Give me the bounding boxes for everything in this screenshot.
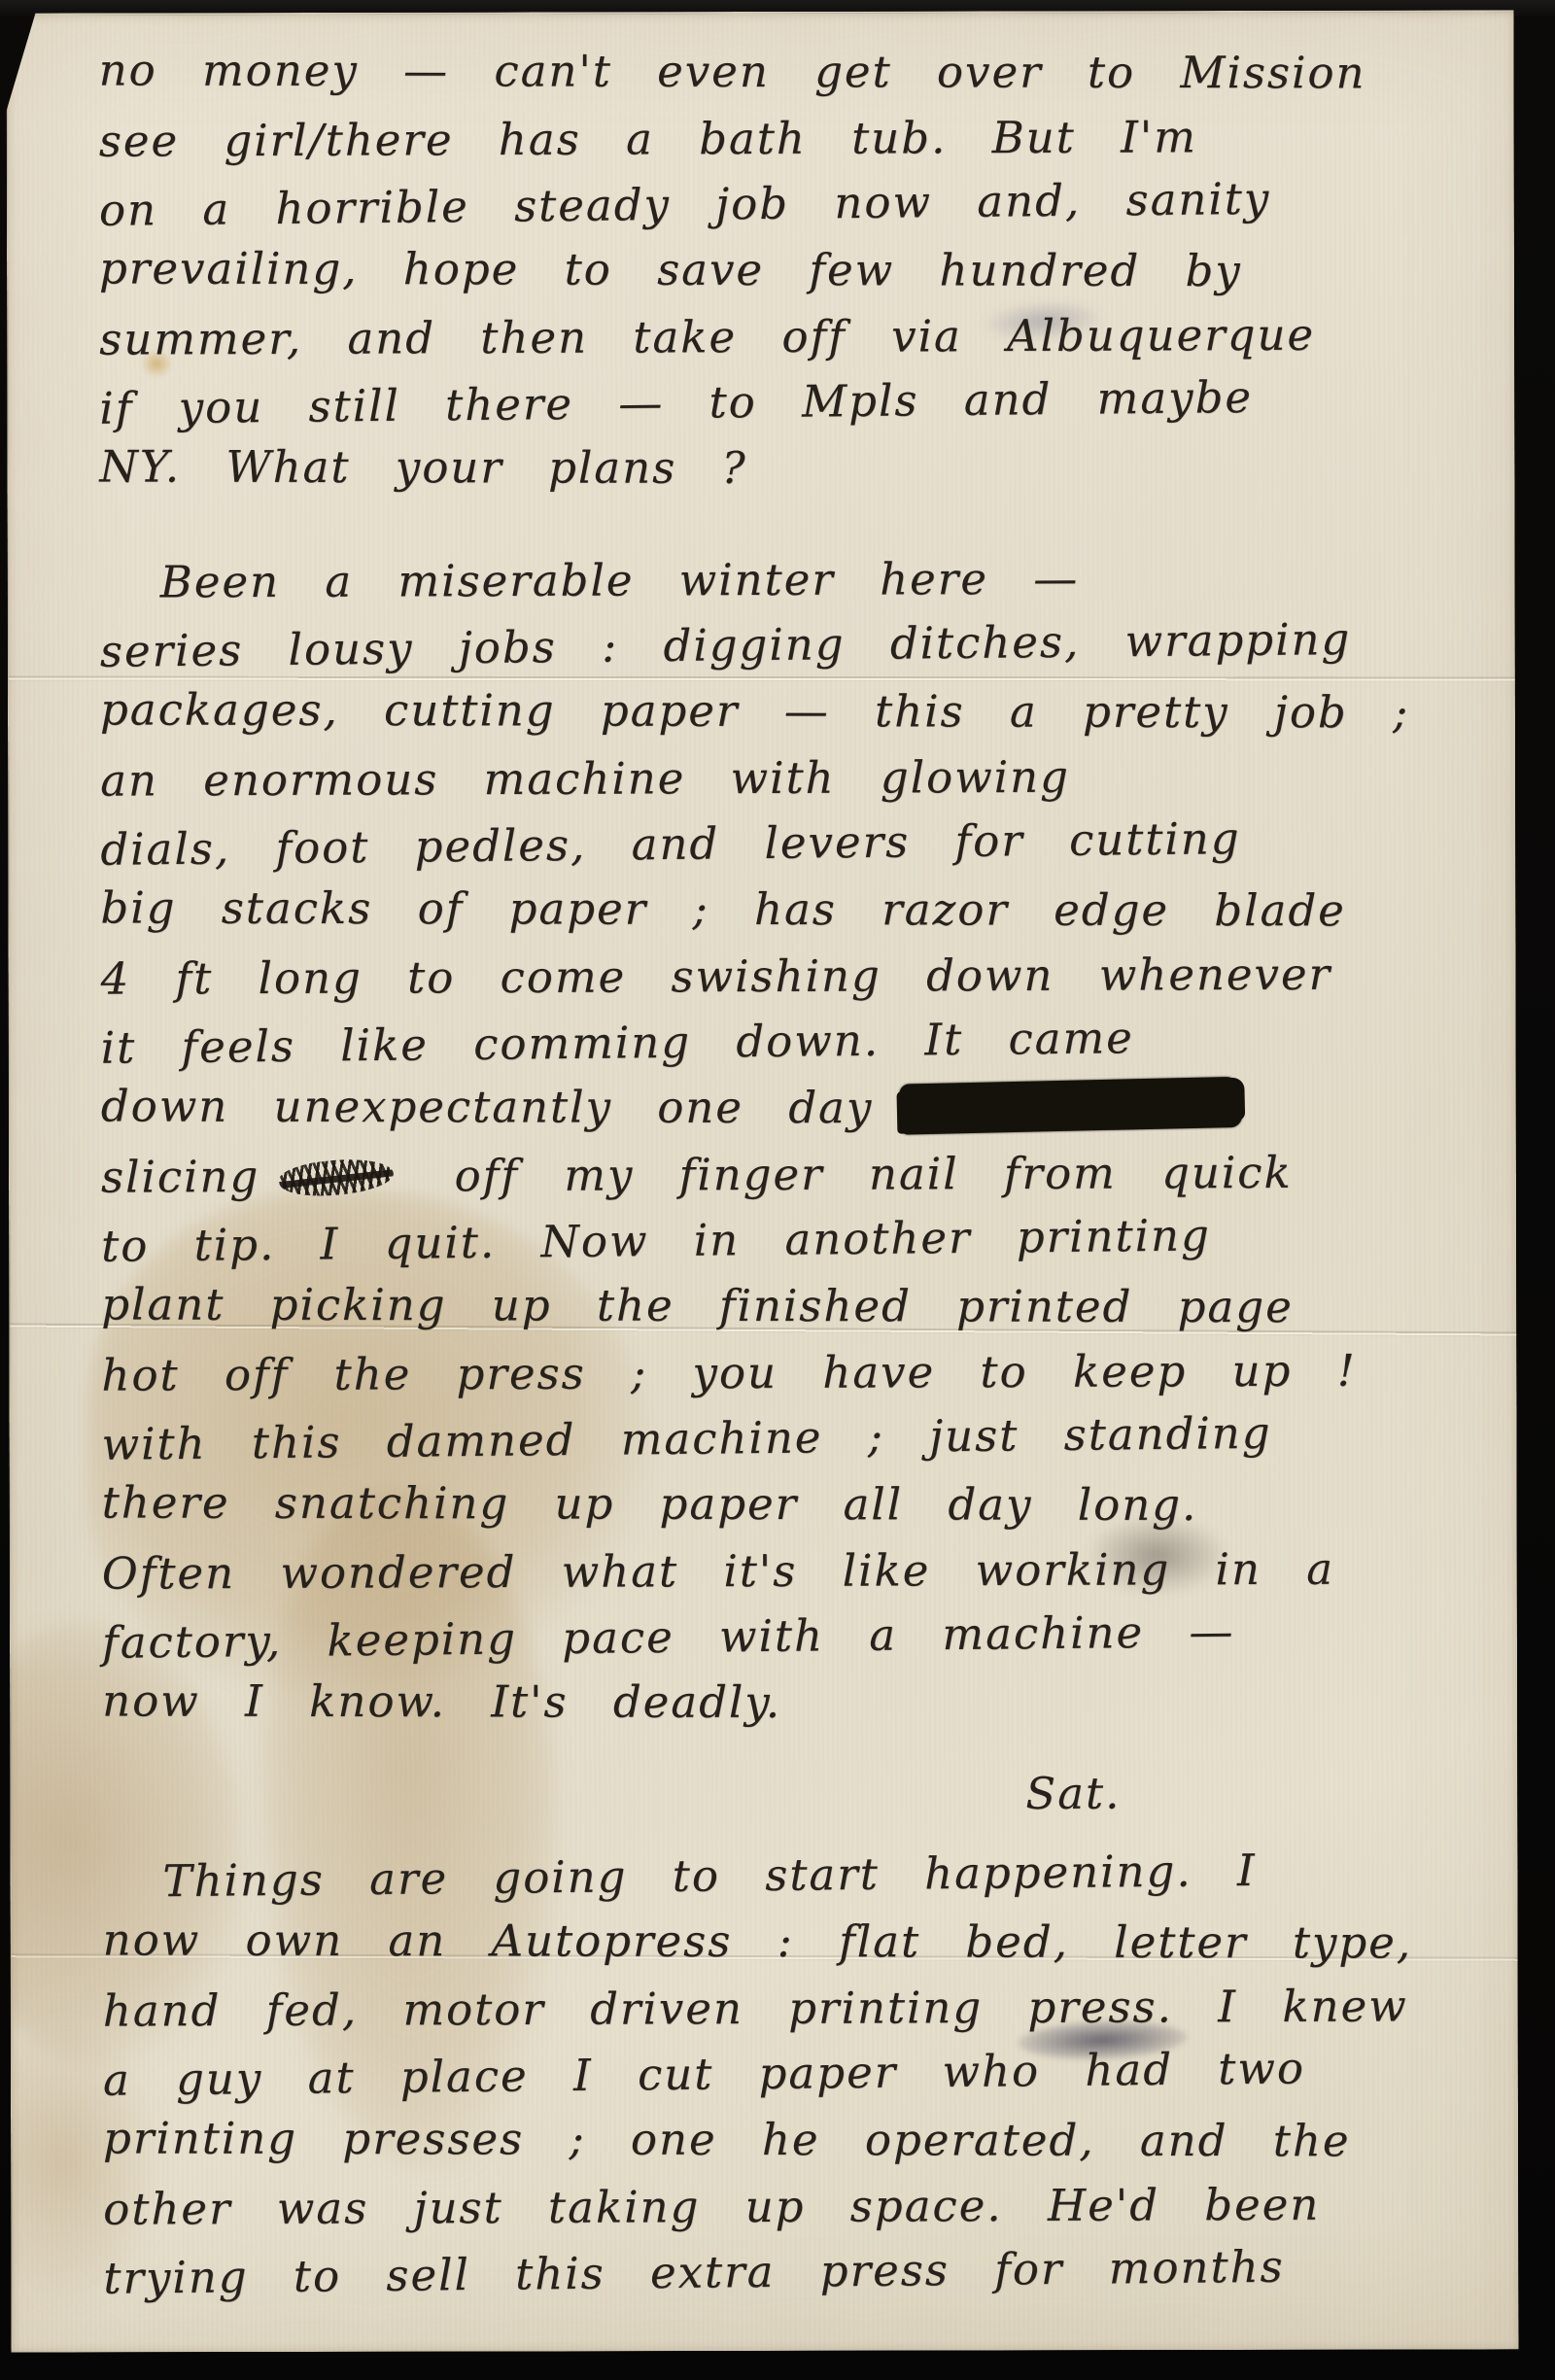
handwritten-text: to tip. I quit. Now in another printing [101,1209,1211,1271]
handwritten-text: hand fed, motor driven printing press. I… [103,1980,1408,2036]
handwritten-text: an enormous machine with glowing [100,751,1070,807]
letter-line: Often wondered what it's like working in… [53,1535,1470,1607]
handwritten-text: Sat. [1025,1768,1121,1819]
letter-page: no money — can't even get over to Missio… [6,10,1518,2352]
handwritten-text: dials, foot pedles, and levers for cutti… [100,812,1241,876]
letter-line: dials, foot pedles, and levers for cutti… [52,804,1469,884]
letter-line: see girl/there has a bath tub. But I'm [51,103,1468,175]
letter-line: prevailing, hope to save few hundred by [51,235,1468,304]
letter-line: an enormous machine with glowing [52,742,1469,814]
letter-line: printing presses ; one he operated, and … [54,2105,1471,2174]
letter-line: there snatching up paper all day long. [53,1469,1470,1538]
handwritten-text: 4 ft long to come swishing down whenever [100,949,1331,1005]
handwritten-text: big stacks of paper ; has razor edge bla… [100,881,1346,936]
letter-line: if you still there — to Mpls and maybe [51,362,1469,443]
letter-line: no money — can't even get over to Missio… [51,37,1468,106]
handwritten-text: prevailing, hope to save few hundred by [99,242,1242,296]
handwritten-text: factory, keeping pace with a machine — [102,1605,1235,1669]
letter-line: packages, cutting paper — this a pretty … [52,676,1469,745]
letter-line: now I know. It's deadly. [53,1668,1470,1737]
letter-line: NY. What your plans ? [51,433,1468,502]
handwritten-text: no money — can't even get over to Missio… [99,44,1366,98]
letter-line: summer, and then take off via Albuquerqu… [51,301,1468,373]
letter-line: a guy at place I cut paper who had two [54,2034,1472,2115]
scanner-background: no money — can't even get over to Missio… [0,0,1555,2380]
handwritten-text: summer, and then take off via Albuquerqu… [99,309,1315,365]
letter-line: down unexpectantly one day [52,1073,1469,1142]
letter-lines: no money — can't even get over to Missio… [51,37,1472,2342]
handwritten-text: down unexpectantly one day [101,1080,874,1133]
handwritten-text: Things are going to start happening. I [162,1845,1257,1907]
handwritten-text: it feels like comming down. It came [100,1012,1134,1074]
letter-line: plant picking up the finished printed pa… [52,1271,1469,1340]
letter-line: big stacks of paper ; has razor edge bla… [52,875,1469,944]
letter-line: with this damned machine ; just standing [52,1398,1470,1479]
handwritten-text: trying to sell this extra press for mont… [103,2241,1285,2304]
handwritten-text: on a horrible steady job now and, sanity [99,173,1271,236]
handwritten-text: there snatching up paper all day long. [102,1476,1198,1531]
handwritten-text: with this damned machine ; just standing [101,1407,1271,1470]
handwritten-text: now own an Autopress : flat bed, letter … [103,1914,1413,1968]
handwritten-text: off my finger nail from quick [409,1147,1293,1201]
handwritten-text: if you still there — to Mpls and maybe [99,371,1253,434]
handwritten-text: Been a miserable winter here — [160,553,1080,608]
letter-line: hot off the press ; you have to keep up … [52,1337,1469,1409]
handwritten-text: packages, cutting paper — this a pretty … [100,683,1409,738]
letter-line: to tip. I quit. Now in another printing [52,1200,1470,1281]
letter-line: now own an Autopress : flat bed, letter … [54,1907,1471,1976]
letter-line: Things are going to start happening. I [53,1836,1471,1916]
handwritten-text: slicing [101,1151,259,1203]
handwritten-text: hot off the press ; you have to keep up … [101,1345,1357,1401]
letter-line: 4 ft long to come swishing down whenever [52,941,1469,1013]
handwritten-text: Often wondered what it's like working in… [102,1543,1334,1600]
redaction-bar [900,1077,1243,1135]
handwritten-text: plant picking up the finished printed pa… [101,1278,1294,1332]
letter-line: slicing off my finger nail from quick [52,1139,1469,1211]
letter-line: hand fed, motor driven printing press. I… [54,1973,1471,2045]
handwritten-text: NY. What your plans ? [99,440,746,494]
letter-line: series lousy jobs : digging ditches, wra… [52,605,1469,686]
letter-line: Sat. [53,1759,1470,1831]
handwritten-text: a guy at place I cut paper who had two [103,2042,1306,2105]
scribbled-out-word [278,1154,396,1201]
letter-line: on a horrible steady job now and, sanity [51,164,1469,245]
handwritten-text: see girl/there has a bath tub. But I'm [99,111,1197,166]
letter-line: it feels like comming down. It came [52,1002,1469,1083]
letter-line: Been a miserable winter here — [52,544,1469,616]
handwritten-text: now I know. It's deadly. [102,1674,781,1728]
letter-line: factory, keeping pace with a machine — [53,1597,1471,1677]
handwritten-text: printing presses ; one he operated, and … [103,2112,1351,2166]
handwritten-text: other was just taking up space. He'd bee… [103,2179,1320,2235]
letter-line: trying to sell this extra press for mont… [54,2232,1472,2313]
letter-line: other was just taking up space. He'd bee… [54,2171,1471,2243]
handwritten-text: series lousy jobs : digging ditches, wra… [100,613,1352,677]
